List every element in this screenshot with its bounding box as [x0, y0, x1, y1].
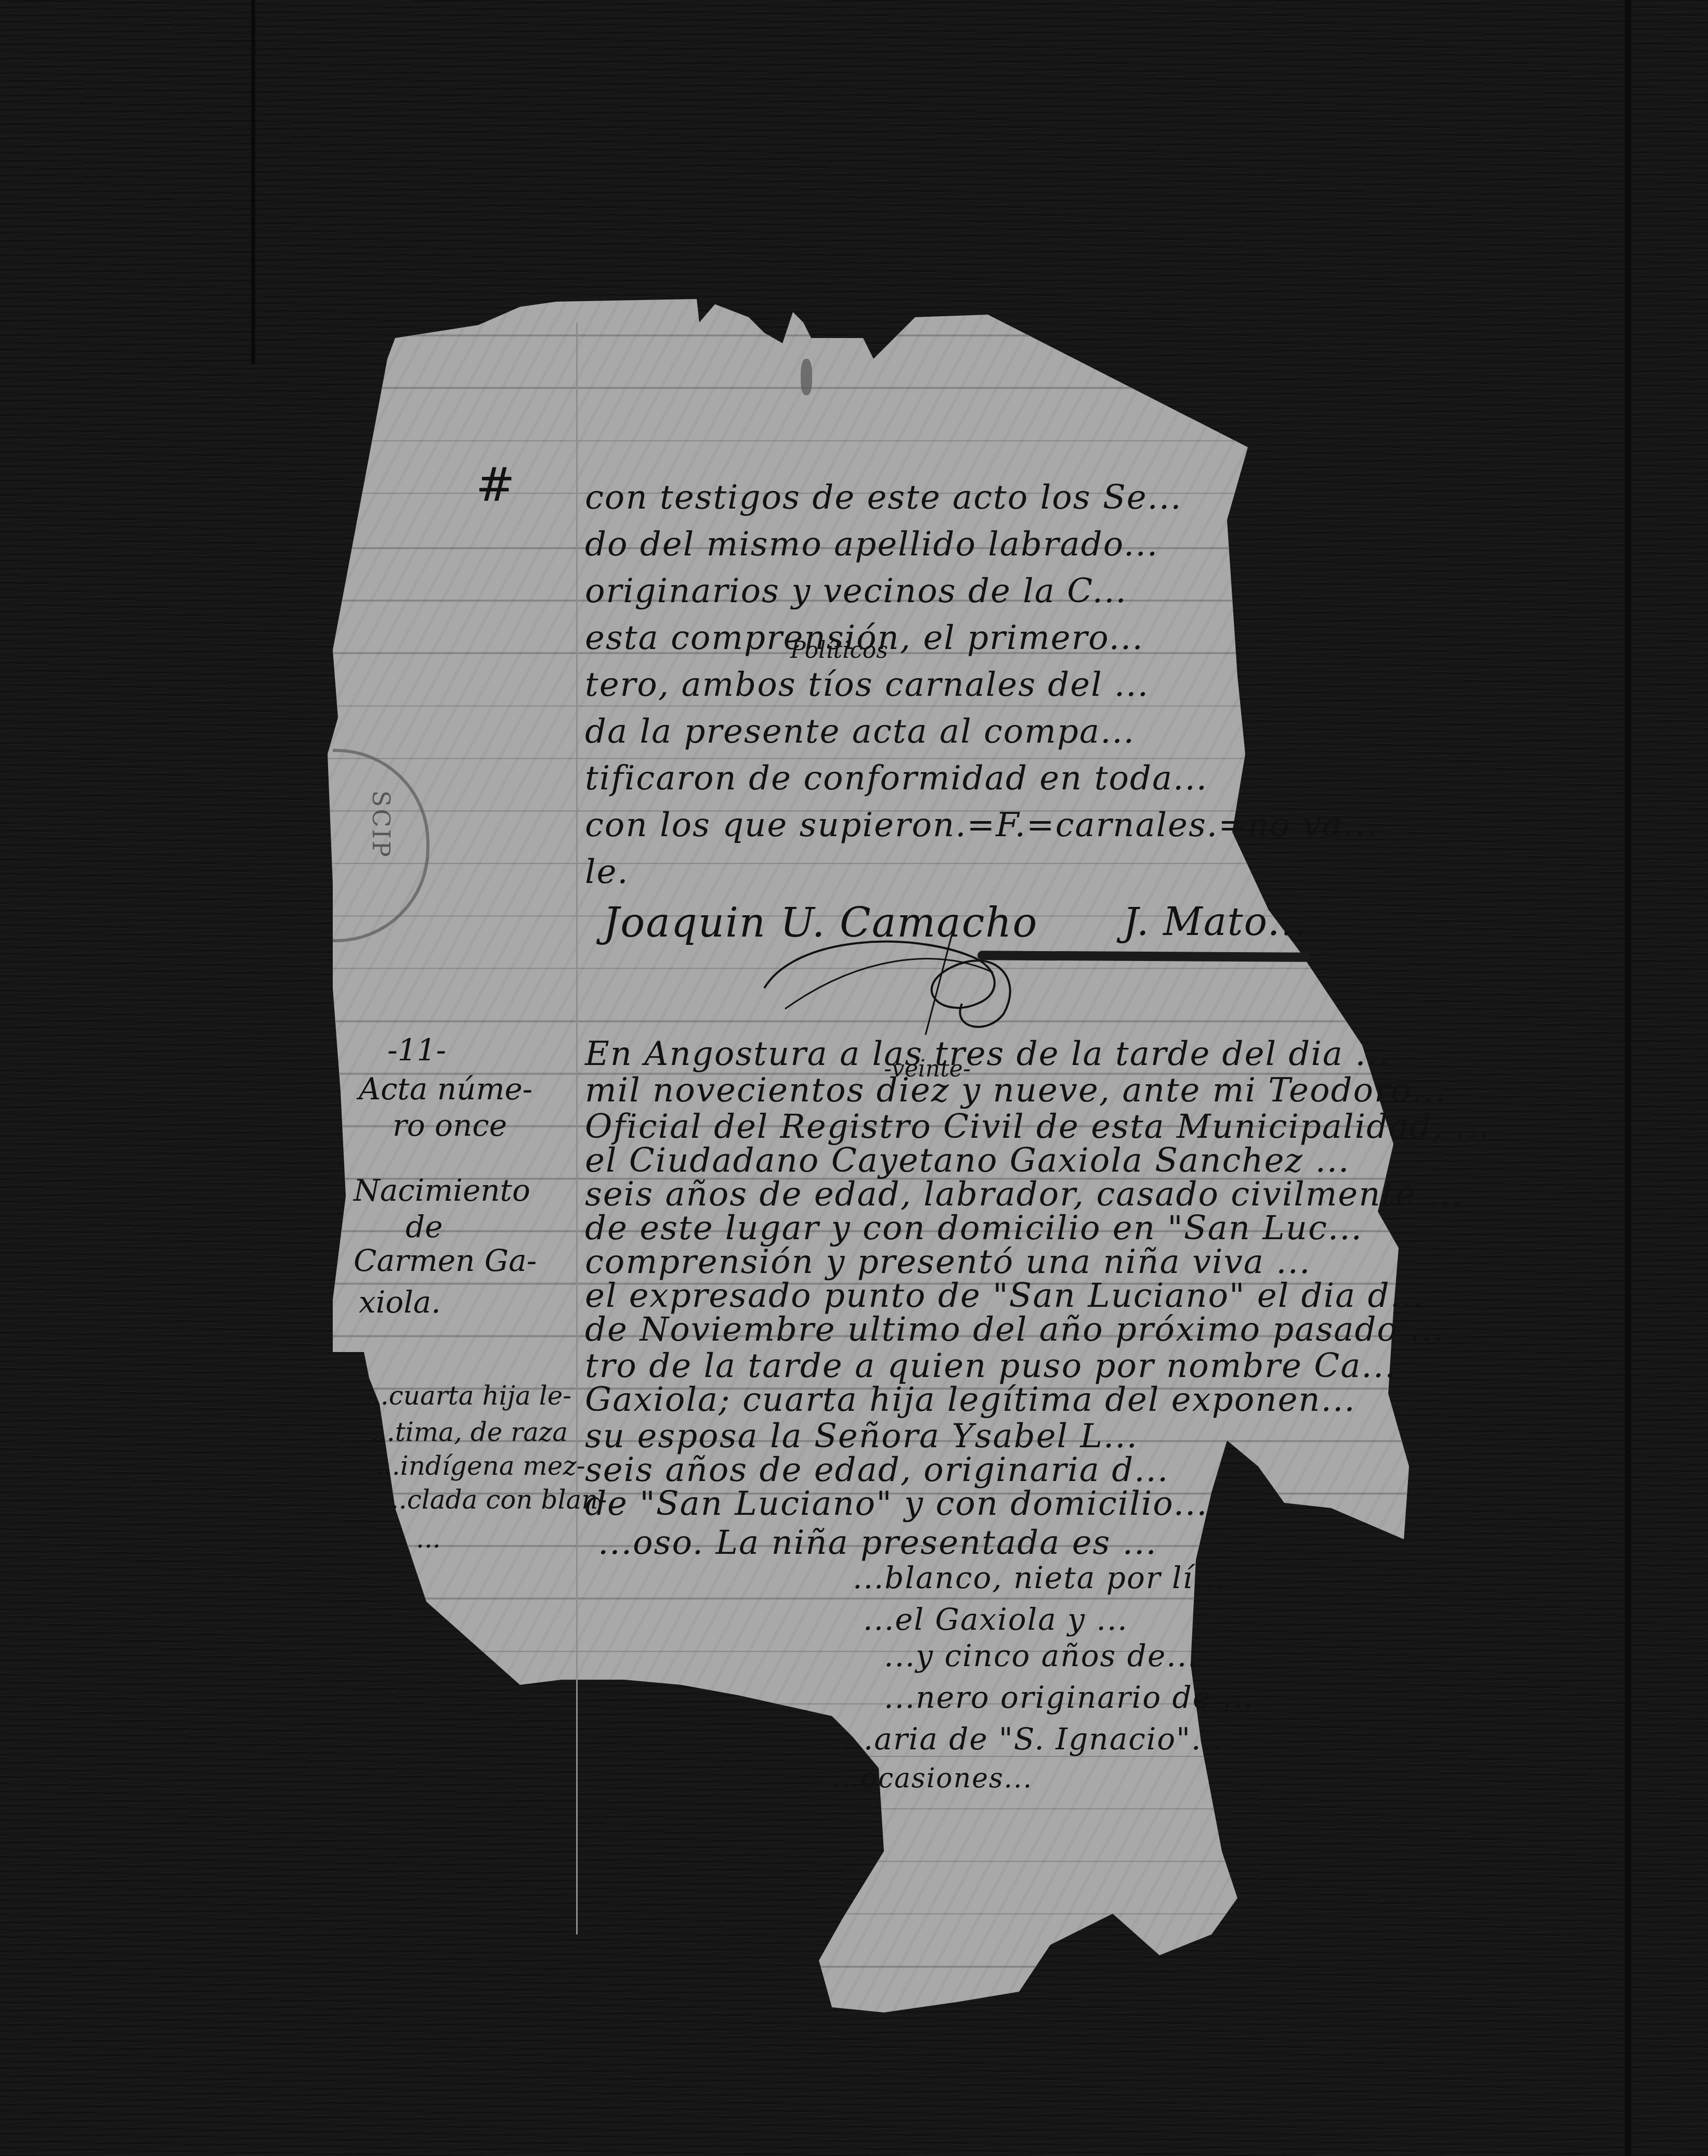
upper-line-5: tero, ambos tíos carnales del ... — [585, 666, 1149, 704]
body-line-3: Oficial del Registro Civil de esta Munic… — [585, 1108, 1490, 1146]
scan-edge-line — [251, 0, 255, 364]
body-line-11: Gaxiola; cuarta hija legítima del expone… — [585, 1381, 1356, 1419]
seal-stamp-text: SCIP — [364, 790, 395, 859]
body-line-9: de Noviembre ultimo del año próximo pasa… — [585, 1310, 1444, 1349]
body-line-20: ...aria de "S. Ignacio"... — [842, 1721, 1223, 1757]
margin-mark: # — [476, 458, 515, 512]
body-line-17: ...el Gaxiola y ... — [863, 1602, 1128, 1637]
margin-title-line-2: ro once — [393, 1108, 507, 1143]
signature-rule-bar — [977, 951, 1310, 962]
body-line-2: mil novecientos diez y nueve, ante mi Te… — [585, 1071, 1446, 1110]
signature-flourish — [754, 926, 1087, 1040]
margin-subject-line-1: Nacimiento — [354, 1173, 530, 1208]
body-line-1: En Angostura a las tres de la tarde del … — [585, 1035, 1390, 1073]
body-line-21: ...ocasiones... — [832, 1763, 1033, 1794]
insertion-politicos: Políticos — [790, 637, 888, 664]
upper-line-6: da la presente acta al compa... — [585, 712, 1135, 751]
upper-line-3: originarios y vecinos de la C... — [585, 572, 1127, 611]
margin-rule — [576, 322, 578, 1934]
ink-blot — [801, 359, 812, 395]
body-line-13: seis años de edad, originaria d... — [585, 1451, 1169, 1489]
margin-note-line-5: ... — [416, 1524, 441, 1554]
scan-edge-line — [1625, 0, 1631, 2156]
body-line-6: de este lugar y con domicilio en "San Lu… — [585, 1209, 1363, 1248]
signature-mato: J. Mato... — [1123, 900, 1307, 944]
margin-note-line-3: ...indígena mez- — [375, 1451, 585, 1481]
body-line-12: su esposa la Señora Ysabel L... — [585, 1417, 1138, 1456]
body-line-8: el expresado punto de "San Luciano" el d… — [585, 1277, 1425, 1315]
record-number: -11- — [387, 1032, 446, 1068]
upper-line-7: tificaron de conformidad en toda... — [585, 759, 1208, 798]
body-line-10: tro de la tarde a quien puso por nombre … — [585, 1347, 1396, 1385]
upper-line-8: con los que supieron.=F.=carnales.=no va… — [585, 806, 1378, 845]
margin-note-line-2: ...tima, de raza — [370, 1417, 568, 1447]
body-line-19: ...nero originario de ... — [884, 1680, 1254, 1715]
upper-line-1: con testigos de este acto los Se... — [585, 478, 1182, 517]
margin-subject-line-3: Carmen Ga- — [354, 1243, 537, 1278]
margin-subject-line-2: de — [406, 1209, 442, 1244]
body-line-14: de "San Luciano" y con domicilio... — [585, 1485, 1208, 1523]
body-line-7: comprensión y presentó una niña viva ... — [585, 1243, 1311, 1281]
margin-note-line-4: ...clada con blan- — [382, 1485, 607, 1515]
body-line-4: el Ciudadano Cayetano Gaxiola Sanchez ..… — [585, 1141, 1350, 1180]
margin-note-line-1: ...cuarta hija le- — [364, 1381, 571, 1411]
body-line-18: ...y cinco años de... — [884, 1638, 1198, 1673]
margin-title-line-1: Acta núme- — [359, 1071, 532, 1107]
body-line-5: seis años de edad, labrador, casado civi… — [585, 1175, 1463, 1214]
upper-line-9: le. — [585, 853, 629, 891]
body-line-16: ...blanco, nieta por lí... — [853, 1560, 1225, 1595]
upper-line-2: do del mismo apellido labrado... — [585, 525, 1158, 564]
margin-subject-line-4: xiola. — [359, 1284, 441, 1320]
body-line-15: ...oso. La niña presentada es ... — [598, 1524, 1157, 1562]
